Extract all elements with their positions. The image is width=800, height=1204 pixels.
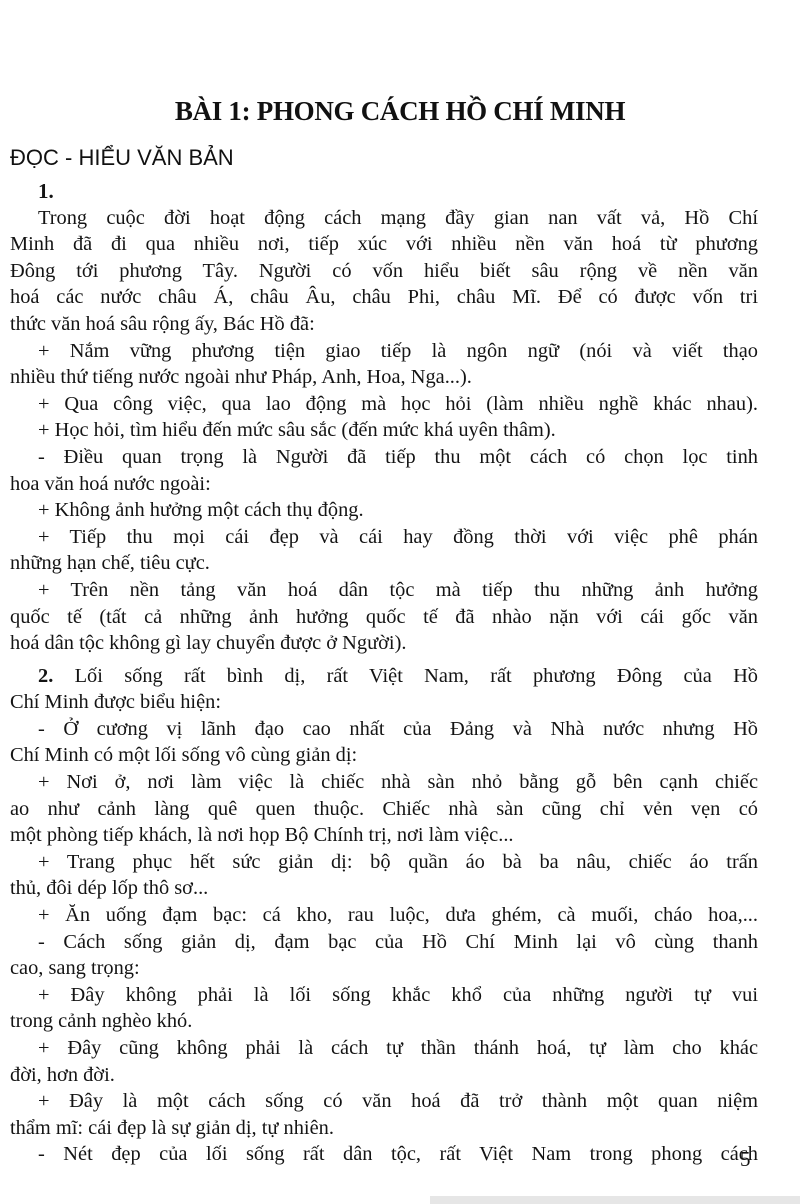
text-line: thủ, đôi dép lốp thô sơ... [10, 875, 758, 902]
text-line: thức văn hoá sâu rộng ấy, Bác Hồ đã: [10, 311, 758, 338]
text-line: trong cảnh nghèo khó. [10, 1008, 758, 1035]
text-line: + Không ảnh hưởng một cách thụ động. [10, 497, 758, 524]
text-line: + Nơi ở, nơi làm việc là chiếc nhà sàn n… [10, 769, 758, 796]
text-line: - Nét đẹp của lối sống rất dân tộc, rất … [10, 1141, 758, 1168]
text-line: - Cách sống giản dị, đạm bạc của Hồ Chí … [10, 929, 758, 956]
text-line: Chí Minh được biểu hiện: [10, 689, 758, 716]
text-line: + Trên nền tảng văn hoá dân tộc mà tiếp … [10, 577, 758, 604]
text-line: Đông tới phương Tây. Người có vốn hiểu b… [10, 258, 758, 285]
text-line: Chí Minh có một lối sống vô cùng giản dị… [10, 742, 758, 769]
text-line: hoa văn hoá nước ngoài: [10, 471, 758, 498]
book-page: BÀI 1: PHONG CÁCH HỒ CHÍ MINH ĐỌC - HIỂU… [0, 0, 800, 1204]
text-line: ao như cảnh làng quê quen thuộc. Chiếc n… [10, 796, 758, 823]
lesson-title: BÀI 1: PHONG CÁCH HỒ CHÍ MINH [0, 96, 800, 127]
body-text: 1. Trong cuộc đời hoạt động cách mạng đầ… [10, 178, 758, 1168]
text-line: những hạn chế, tiêu cực. [10, 550, 758, 577]
text-line: + Ăn uống đạm bạc: cá kho, rau luộc, dưa… [10, 902, 758, 929]
text-line: Minh đã đi qua nhiều nơi, tiếp xúc với n… [10, 231, 758, 258]
text-line: nhiều thứ tiếng nước ngoài như Pháp, Anh… [10, 364, 758, 391]
text-line: + Đây cũng không phải là cách tự thần th… [10, 1035, 758, 1062]
text-line: Trong cuộc đời hoạt động cách mạng đầy g… [10, 205, 758, 232]
text-line: - Điều quan trọng là Người đã tiếp thu m… [10, 444, 758, 471]
text-line: một phòng tiếp khách, là nơi họp Bộ Chín… [10, 822, 758, 849]
text-line: + Tiếp thu mọi cái đẹp và cái hay đồng t… [10, 524, 758, 551]
text-line: đời, hơn đời. [10, 1062, 758, 1089]
text-line: + Nắm vững phương tiện giao tiếp là ngôn… [10, 338, 758, 365]
text-line: + Qua công việc, qua lao động mà học hỏi… [10, 391, 758, 418]
text-line: + Trang phục hết sức giản dị: bộ quần áo… [10, 849, 758, 876]
text-line: + Đây không phải là lối sống khắc khổ củ… [10, 982, 758, 1009]
text-line: - Ở cương vị lãnh đạo cao nhất của Đảng … [10, 716, 758, 743]
item-2-number: 2. [38, 665, 53, 687]
page-number: 5 [740, 1147, 751, 1172]
scan-edge [430, 1196, 800, 1204]
text-line: + Đây là một cách sống có văn hoá đã trở… [10, 1088, 758, 1115]
text-line: + Học hỏi, tìm hiểu đến mức sâu sắc (đến… [10, 417, 758, 444]
text-line: quốc tế (tất cả những ảnh hưởng quốc tế … [10, 604, 758, 631]
section-heading: ĐỌC - HIỂU VĂN BẢN [10, 145, 234, 171]
item-1-number: 1. [10, 178, 758, 205]
text-line: cao, sang trọng: [10, 955, 758, 982]
text-line: Lối sống rất bình dị, rất Việt Nam, rất … [75, 665, 758, 687]
item-2-first-line: 2. Lối sống rất bình dị, rất Việt Nam, r… [10, 663, 758, 690]
text-line: hoá dân tộc không gì lay chuyển được ở N… [10, 630, 758, 657]
text-line: hoá các nước châu Á, châu Âu, châu Phi, … [10, 284, 758, 311]
text-line: thẩm mĩ: cái đẹp là sự giản dị, tự nhiên… [10, 1115, 758, 1142]
